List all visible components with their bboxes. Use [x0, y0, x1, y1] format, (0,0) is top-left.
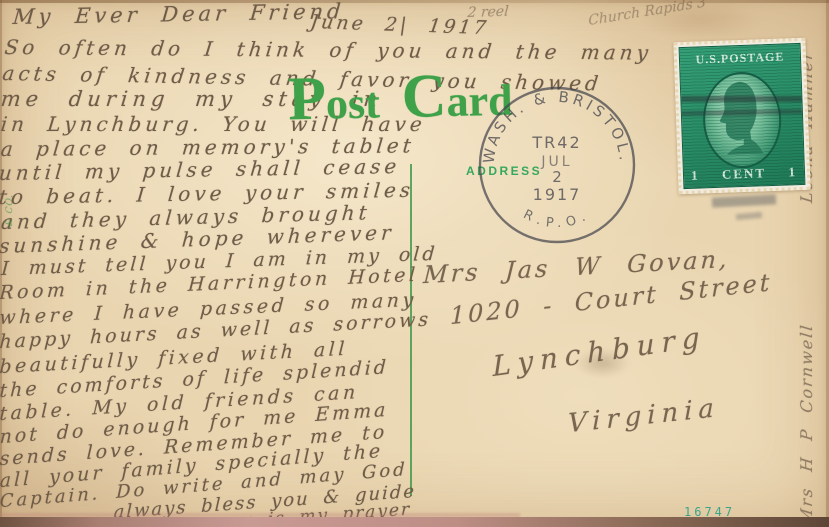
stamp-denomination: 1 CENT 1 — [684, 164, 804, 184]
precancel-bar — [679, 96, 806, 102]
washington-profile-silhouette — [704, 73, 777, 163]
denomination-word: CENT — [722, 165, 767, 183]
handwriting-line: So often do I think of you and the many — [3, 36, 653, 64]
denomination-left: 1 — [691, 168, 700, 184]
postmark-bottom-arc: R.P.O. — [521, 207, 594, 231]
postmark: WASH. & BRISTOL. R.P.O. TR42 JUL 2 1917 — [472, 80, 642, 250]
stamp-country-label: U.S.POSTAGE — [680, 49, 800, 68]
postage-stamp: U.S.POSTAGE 1 CENT 1 — [673, 38, 810, 195]
postmark-day: 2 — [552, 168, 562, 186]
scan-edge-bottom — [0, 517, 829, 527]
postmark-train: TR42 — [531, 133, 581, 152]
address-line-state: Virginia — [568, 394, 720, 439]
denomination-right: 1 — [788, 164, 797, 180]
stamp-design: U.S.POSTAGE 1 CENT 1 — [679, 43, 806, 189]
publisher-imprint: & CO. — [6, 194, 16, 228]
scan-edge-left — [0, 0, 2, 527]
handwriting-line: My Ever Dear Friend — [12, 0, 346, 29]
cancel-smudge — [736, 212, 762, 220]
washington-portrait — [701, 71, 782, 170]
scan-edge-top — [0, 0, 829, 3]
faint-annotation: 2 reel — [467, 5, 509, 22]
cancel-smudge — [712, 194, 776, 207]
stamp-perforated-frame: U.S.POSTAGE 1 CENT 1 — [673, 38, 810, 195]
svg-text:R.P.O.: R.P.O. — [521, 207, 594, 231]
date-line: June 2| 1917 — [309, 12, 490, 39]
postcard-scan: PostCard ADDRESS 16747 My Ever Dear Frie… — [0, 0, 829, 527]
postmark-year: 1917 — [533, 185, 582, 204]
title-word: Post — [287, 66, 380, 130]
